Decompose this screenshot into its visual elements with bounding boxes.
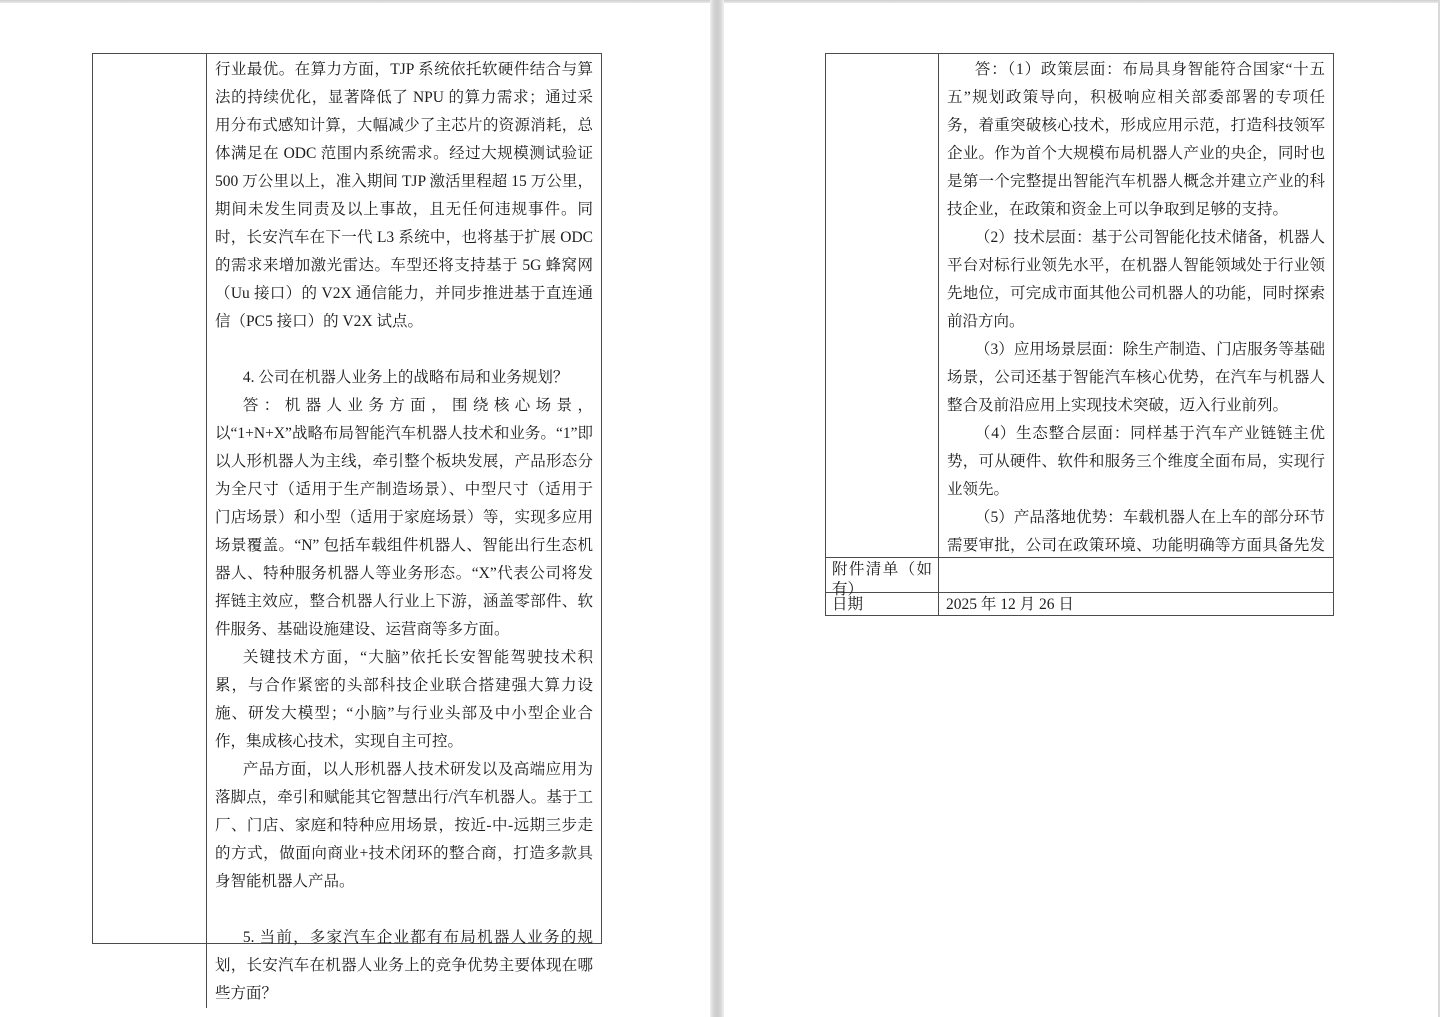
paragraph: （4）生态整合层面：同样基于汽车产业链链主优势，可从硬件、软件和服务三个维度全面… [947,420,1325,504]
document-viewer: 行业最优。在算力方面，TJP 系统依托软硬件结合与算法的持续优化，显著降低了 N… [0,0,1440,1017]
qa-table-right: 答：（1）政策层面：布局具身智能符合国家“十五五”规划政策导向，积极响应相关部委… [825,53,1334,616]
paragraph: 行业最优。在算力方面，TJP 系统依托软硬件结合与算法的持续优化，显著降低了 N… [215,56,593,336]
paragraph: 答：机器人业务方面，围绕核心场景，以“1+N+X”战略布局智能汽车机器人技术和业… [215,392,593,644]
left-row-content-cell: 行业最优。在算力方面，TJP 系统依托软硬件结合与算法的持续优化，显著降低了 N… [207,54,601,1008]
paragraph: 产品方面，以人形机器人技术研发以及高端应用为落脚点，牵引和赋能其它智慧出行/汽车… [215,756,593,896]
attachment-list-value-cell [939,558,1333,593]
paragraph: 答：（1）政策层面：布局具身智能符合国家“十五五”规划政策导向，积极响应相关部委… [947,56,1325,224]
left-row-label-cell [93,54,207,1008]
answer-row-content-cell: 答：（1）政策层面：布局具身智能符合国家“十五五”规划政策导向，积极响应相关部委… [939,54,1333,558]
paragraph: （3）应用场景层面：除生产制造、门店服务等基础场景，公司还基于智能汽车核心优势，… [947,336,1325,420]
paragraph: 关键技术方面，“大脑”依托长安智能驾驶技术积累，与合作紧密的头部科技企业联合搭建… [215,644,593,756]
page-gap-divider [710,0,724,1017]
attachment-list-label-cell: 附件清单（如有） [826,558,939,593]
blank-line [215,336,593,364]
paragraph: 4. 公司在机器人业务上的战略布局和业务规划？ [215,364,593,392]
paragraph: （5）产品落地优势：车载机器人在上车的部分环节需要审批，公司在政策环境、功能明确… [947,504,1325,558]
date-label-cell: 日期 [826,593,939,615]
blank-line [215,896,593,924]
paragraph: （2）技术层面：基于公司智能化技术储备，机器人平台对标行业领先水平，在机器人智能… [947,224,1325,336]
answer-row-label-cell [826,54,939,558]
qa-table-left: 行业最优。在算力方面，TJP 系统依托软硬件结合与算法的持续优化，显著降低了 N… [92,53,602,944]
paragraph: 5. 当前，多家汽车企业都有布局机器人业务的规划，长安汽车在机器人业务上的竞争优… [215,924,593,1008]
date-value-cell: 2025 年 12 月 26 日 [939,593,1333,615]
